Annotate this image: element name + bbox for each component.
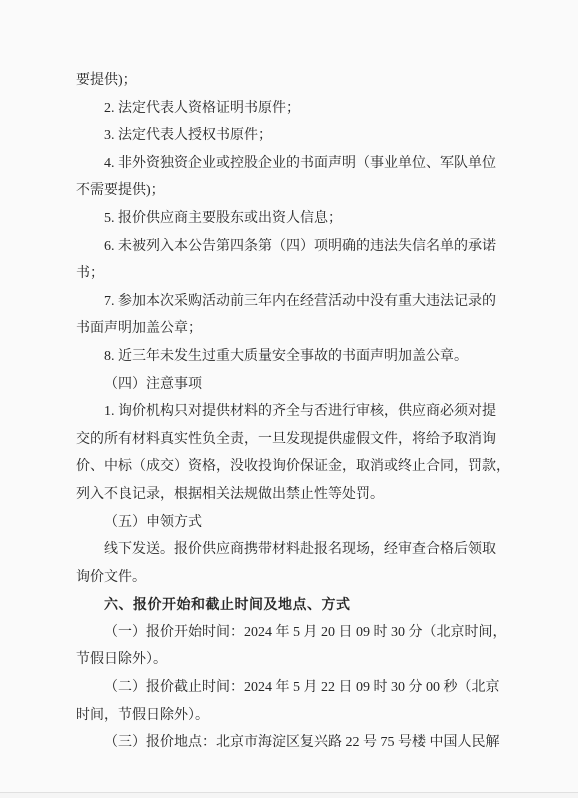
text-line: 列入不良记录，根据相关法规做出禁止性等处罚。 [76,481,512,509]
text-line: 2. 法定代表人资格证明书原件； [76,95,512,123]
text-line: 6. 未被列入本公告第四条第（四）项明确的违法失信名单的承诺 [76,233,512,261]
page-boundary [0,794,578,798]
text-line: （四）注意事项 [76,371,512,399]
text-line: 书； [76,260,512,288]
text-line: 3. 法定代表人授权书原件； [76,122,512,150]
document-content: 要提供)；2. 法定代表人资格证明书原件；3. 法定代表人授权书原件；4. 非外… [76,67,512,757]
text-line: 价、中标（成交）资格，没收投询价保证金，取消或终止合同，罚款， [76,453,512,481]
text-line: 不需要提供)； [76,177,512,205]
text-line: 时间，节假日除外）。 [76,702,512,730]
text-line: 书面声明加盖公章； [76,315,512,343]
text-line: （二）报价截止时间：2024 年 5 月 22 日 09 时 30 分 00 秒… [76,674,512,702]
text-line: 节假日除外）。 [76,646,512,674]
text-line: （五）申领方式 [76,509,512,537]
text-line: 4. 非外资独资企业或控股企业的书面声明（事业单位、军队单位 [76,150,512,178]
text-line: 5. 报价供应商主要股东或出资人信息； [76,205,512,233]
text-line: 交的所有材料真实性负全责，一旦发现提供虚假文件，将给予取消询 [76,426,512,454]
text-line: 询价文件。 [76,564,512,592]
text-line: 8. 近三年未发生过重大质量安全事故的书面声明加盖公章。 [76,343,512,371]
text-line: 1. 询价机构只对提供材料的齐全与否进行审核，供应商必须对提 [76,398,512,426]
text-line: 要提供)； [76,67,512,95]
document-page: 要提供)；2. 法定代表人资格证明书原件；3. 法定代表人授权书原件；4. 非外… [0,0,578,793]
text-line: 7. 参加本次采购活动前三年内在经营活动中没有重大违法记录的 [76,288,512,316]
text-line: 六、报价开始和截止时间及地点、方式 [76,591,512,619]
text-line: （三）报价地点：北京市海淀区复兴路 22 号 75 号楼 中国人民解 [76,729,512,757]
text-line: 线下发送。报价供应商携带材料赴报名现场，经审查合格后领取 [76,536,512,564]
text-line: （一）报价开始时间：2024 年 5 月 20 日 09 时 30 分（北京时间… [76,619,512,647]
